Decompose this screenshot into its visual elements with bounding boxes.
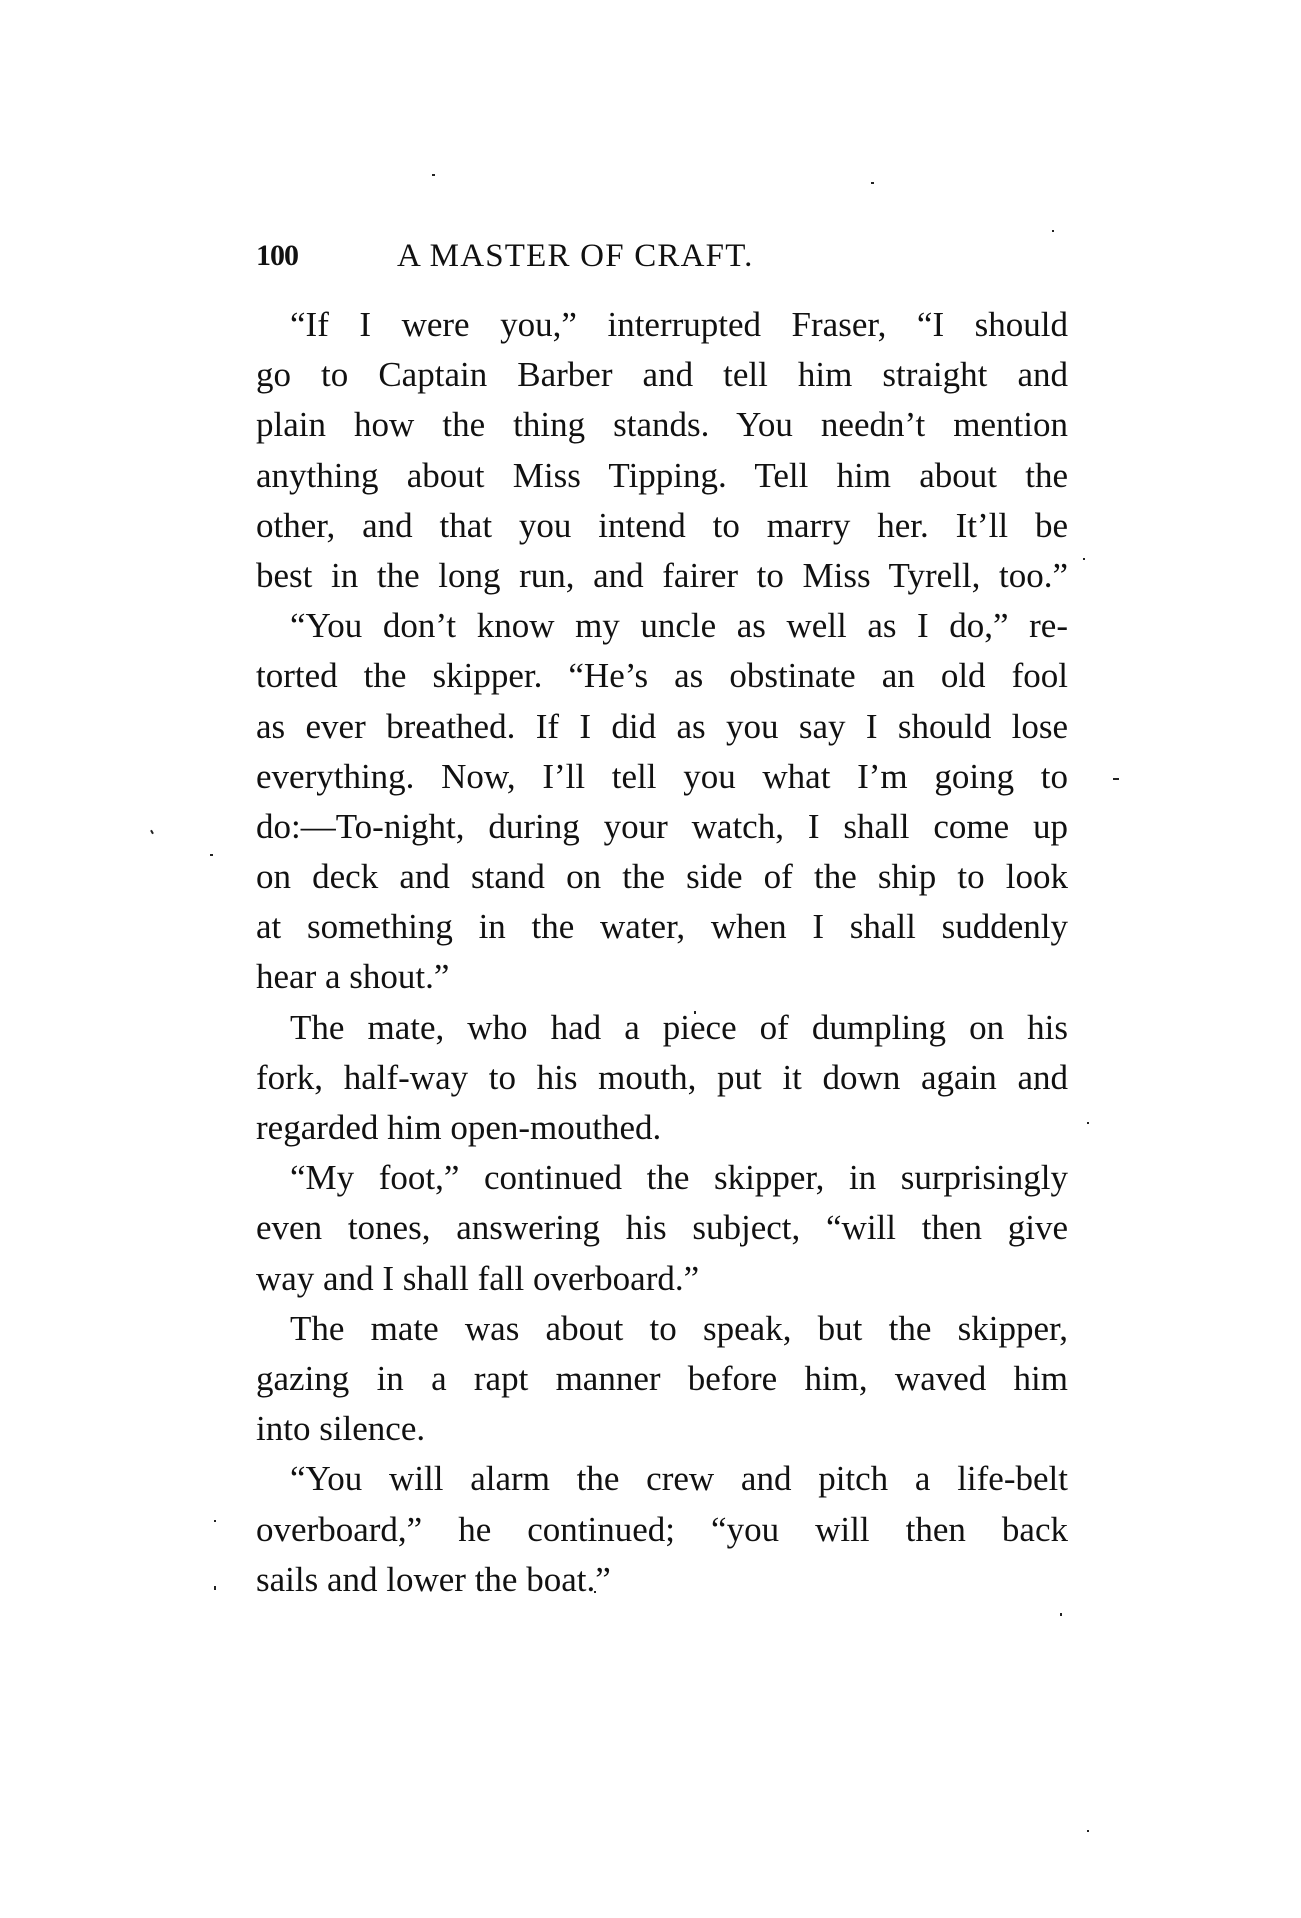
scan-speck [1034, 1088, 1036, 1090]
text-line: even tones, answering his subject, “will… [256, 1203, 1068, 1253]
text-line: regarded him open-mouthed. [256, 1103, 1068, 1153]
scan-speck [432, 174, 435, 176]
text-line: everything. Now, I’ll tell you what I’m … [256, 752, 1068, 802]
paragraph: The mate was about to speak, but the ski… [256, 1304, 1068, 1455]
text-line: overboard,” he continued; “you will then… [256, 1505, 1068, 1555]
scan-speck [214, 1520, 216, 1522]
text-line: hear a shout.” [256, 952, 1068, 1002]
book-page: { "header": { "page_number": "100", "run… [0, 0, 1301, 1918]
text-line: at something in the water, when I shall … [256, 902, 1068, 952]
text-line: go to Captain Barber and tell him straig… [256, 350, 1068, 400]
page-number: 100 [256, 236, 298, 276]
scan-speck [1083, 558, 1085, 560]
text-line: as ever breathed. If I did as you say I … [256, 702, 1068, 752]
text-line: The mate, who had a piece of dumpling on… [256, 1003, 1068, 1053]
text-line: torted the skipper. “He’s as obstinate a… [256, 651, 1068, 701]
text-line: anything about Miss Tipping. Tell him ab… [256, 451, 1068, 501]
scan-speck [1052, 230, 1054, 232]
scan-speck [594, 1591, 596, 1593]
scan-speck [214, 1586, 216, 1590]
text-line: fork, half-way to his mouth, put it down… [256, 1053, 1068, 1103]
text-line: best in the long run, and fairer to Miss… [256, 551, 1068, 601]
text-line: “You will alarm the crew and pitch a lif… [256, 1454, 1068, 1504]
scan-speck [1087, 1830, 1089, 1832]
text-line: do:—To-night, during your watch, I shall… [256, 802, 1068, 852]
paragraph: “My foot,” continued the skipper, in sur… [256, 1153, 1068, 1304]
scan-speck [210, 854, 213, 856]
text-line: The mate was about to speak, but the ski… [256, 1304, 1068, 1354]
text-line: plain how the thing stands. You needn’t … [256, 400, 1068, 450]
text-line: “My foot,” continued the skipper, in sur… [256, 1153, 1068, 1203]
text-line: into silence. [256, 1404, 1068, 1454]
paragraph: “You will alarm the crew and pitch a lif… [256, 1454, 1068, 1605]
scan-speck [1087, 1122, 1089, 1124]
scan-speck [871, 182, 874, 184]
body-text: “If I were you,” interrupted Fraser, “I … [256, 300, 1068, 1605]
text-line: “If I were you,” interrupted Fraser, “I … [256, 300, 1068, 350]
text-line: on deck and stand on the side of the shi… [256, 852, 1068, 902]
scan-speck [694, 1011, 696, 1014]
text-line: other, and that you intend to marry her.… [256, 501, 1068, 551]
text-line: way and I shall fall overboard.” [256, 1254, 1068, 1304]
scan-speck [1060, 1613, 1062, 1616]
paragraph: The mate, who had a piece of dumpling on… [256, 1003, 1068, 1154]
scan-speck [150, 830, 154, 834]
paragraph: “You don’t know my uncle as well as I do… [256, 601, 1068, 1003]
text-line: sails and lower the boat.” [256, 1555, 1068, 1605]
text-line: “You don’t know my uncle as well as I do… [256, 601, 1068, 651]
page-header: 100 A MASTER OF CRAFT. [256, 236, 1068, 276]
paragraph: “If I were you,” interrupted Fraser, “I … [256, 300, 1068, 601]
running-title: A MASTER OF CRAFT. [397, 236, 754, 276]
text-line: gazing in a rapt manner before him, wave… [256, 1354, 1068, 1404]
scan-speck [1113, 778, 1119, 780]
